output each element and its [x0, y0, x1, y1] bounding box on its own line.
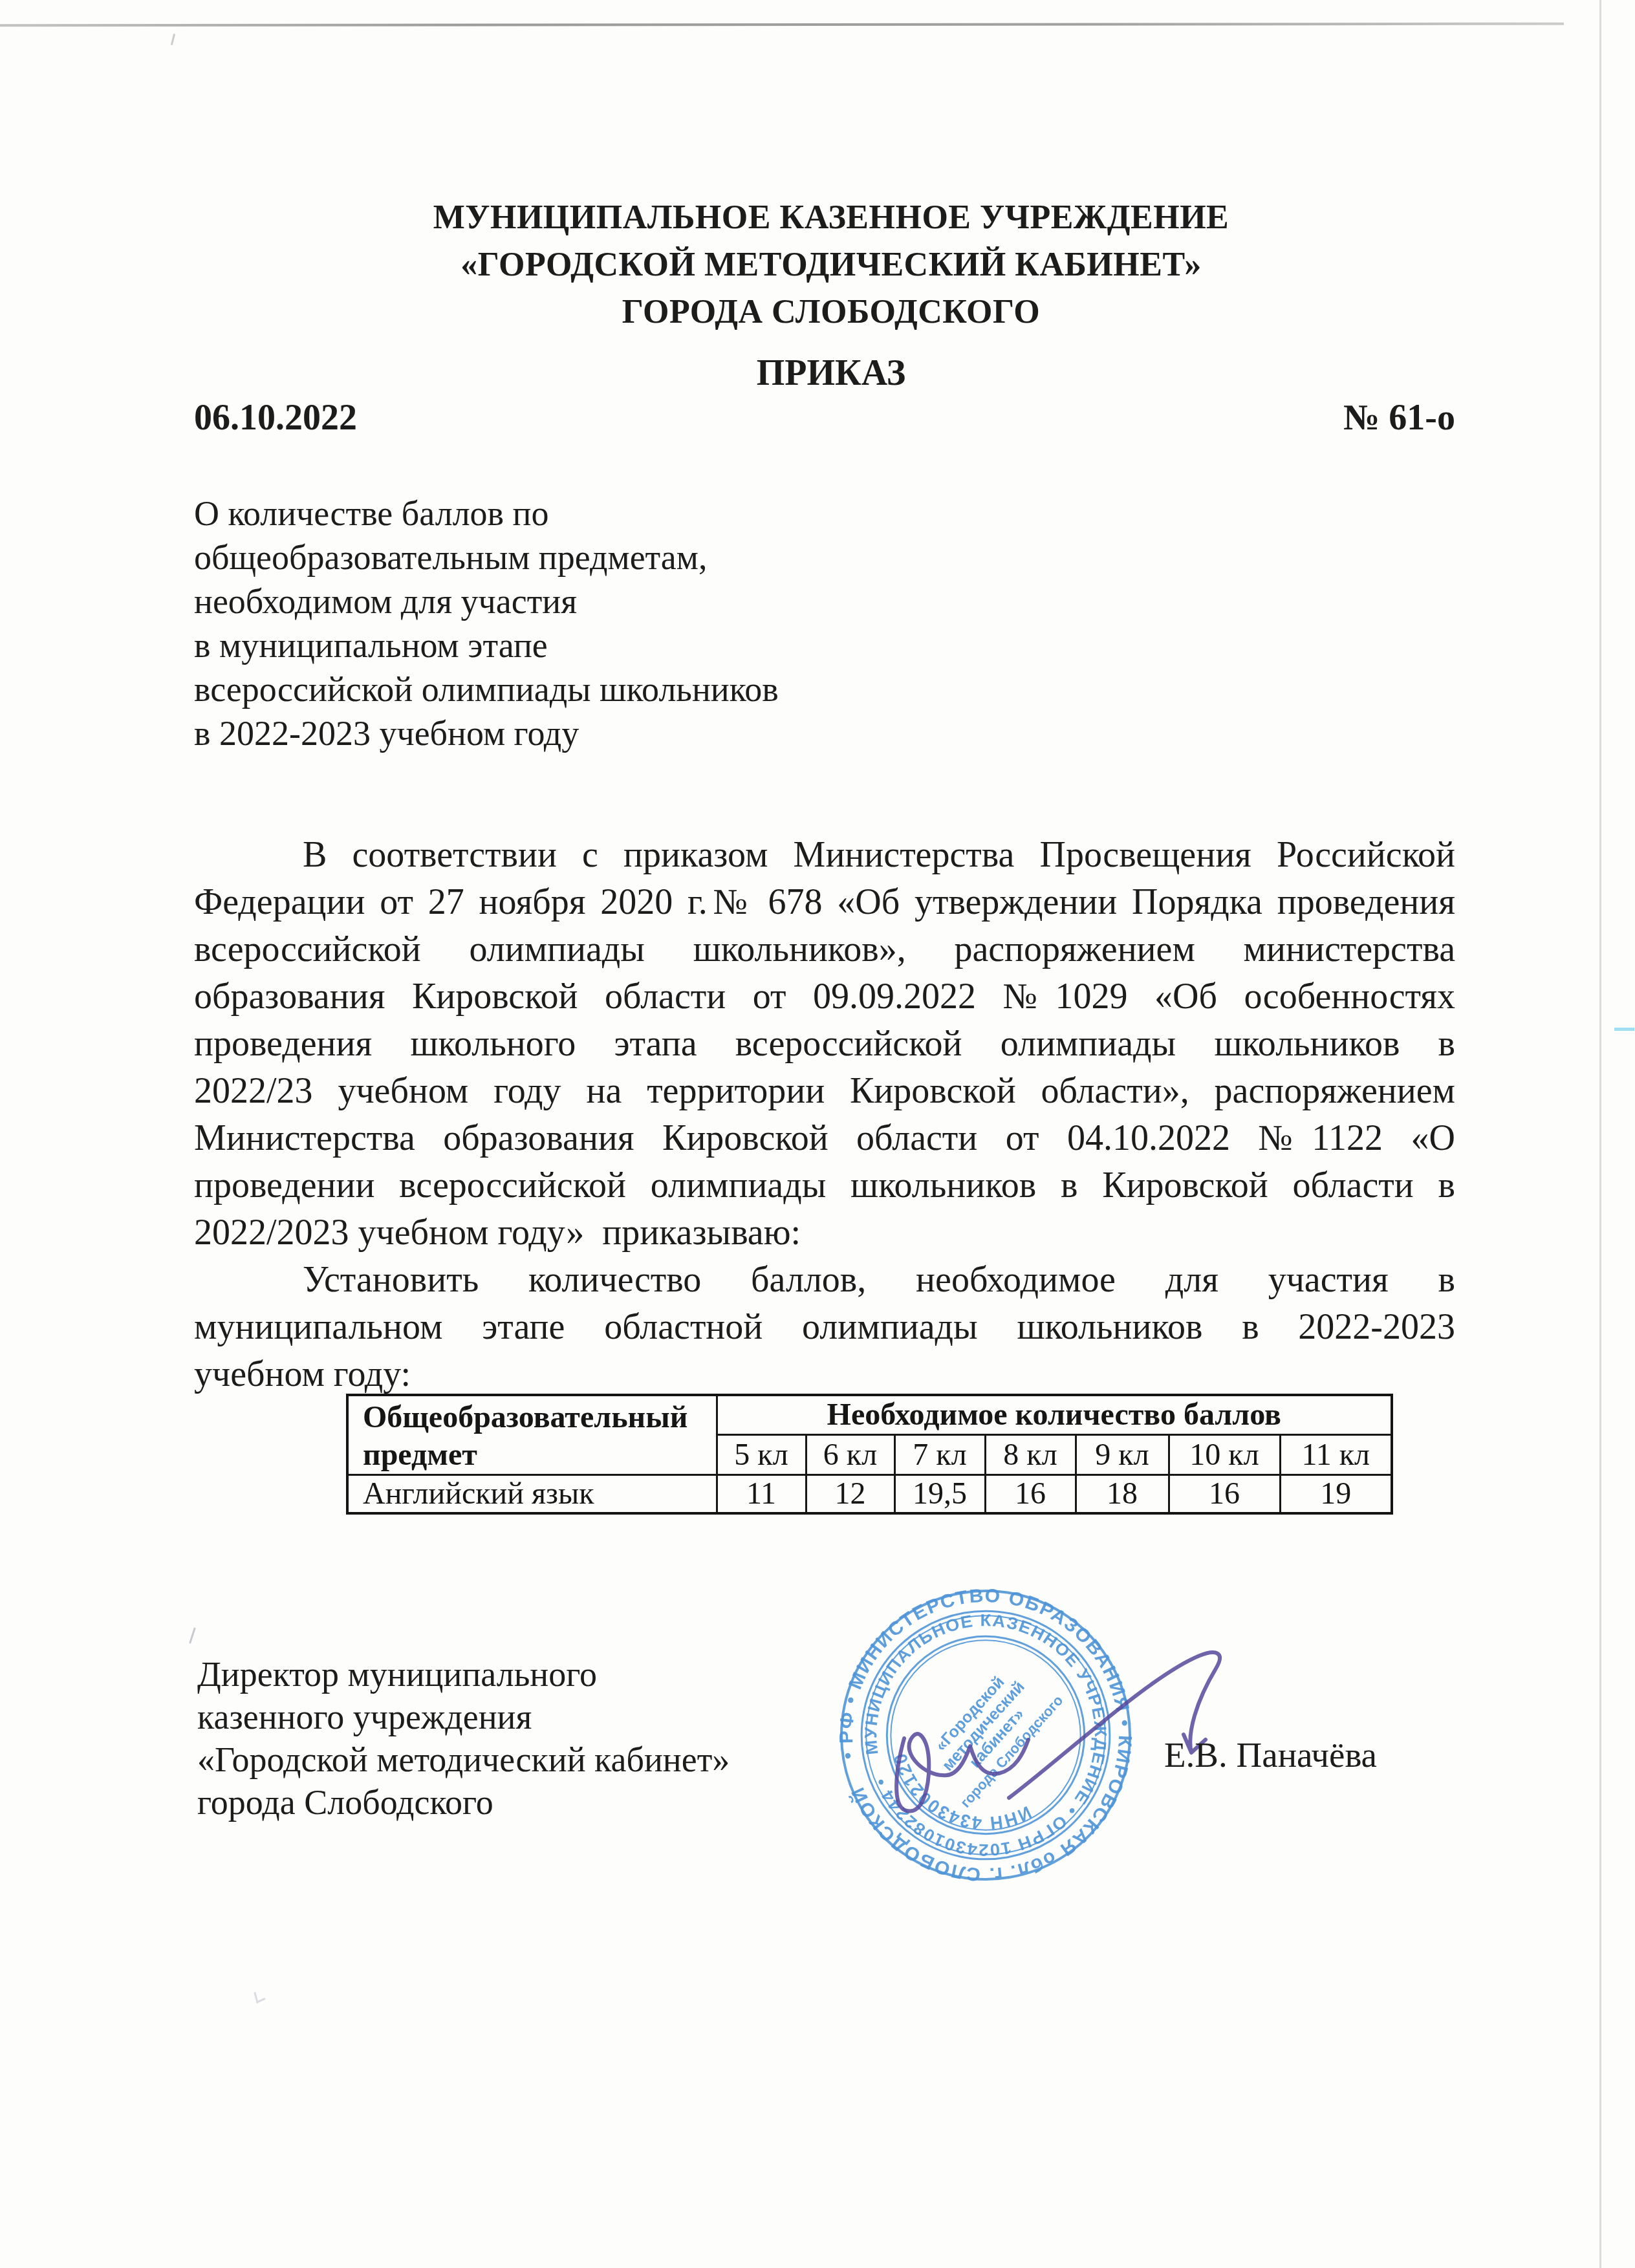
- table-header-row: Общеобразовательный предмет Необходимое …: [347, 1395, 1392, 1434]
- body-line: В соответствии с приказом Министерства П…: [194, 832, 1455, 879]
- table-span-header: Необходимое количество баллов: [717, 1395, 1392, 1434]
- organization-header: МУНИЦИПАЛЬНОЕ КАЗЕННОЕ УЧРЕЖДЕНИЕ «ГОРОД…: [194, 194, 1468, 336]
- class-header-cell: 6 кл: [806, 1434, 894, 1474]
- body-line: образования Кировской области от 09.09.2…: [194, 973, 1455, 1021]
- points-table: Общеобразовательный предмет Необходимое …: [346, 1394, 1393, 1515]
- org-line: ГОРОДА СЛОБОДСКОГО: [194, 288, 1468, 336]
- value-cell: 11: [717, 1475, 806, 1513]
- body-line: проведения школьного этапа всероссийской…: [194, 1021, 1455, 1068]
- subject-line: в муниципальном этапе: [194, 623, 970, 667]
- org-line: «ГОРОДСКОЙ МЕТОДИЧЕСКИЙ КАБИНЕТ»: [194, 241, 1468, 288]
- document-number: № 61-о: [1343, 397, 1455, 438]
- body-line: учебном году:: [194, 1351, 1455, 1398]
- table-subject-header: Общеобразовательный предмет: [347, 1395, 717, 1475]
- signature-stroke: [896, 1734, 943, 1811]
- table-data-row: Английский язык 11 12 19,5 16 18 16 19: [347, 1475, 1392, 1513]
- value-cell: 16: [985, 1475, 1076, 1513]
- subject-block: О количестве баллов по общеобразовательн…: [194, 491, 970, 755]
- signature-stroke: [1009, 1652, 1220, 1798]
- value-cell: 16: [1169, 1475, 1280, 1513]
- table-subject-header-line: предмет: [363, 1436, 716, 1474]
- class-header-cell: 7 кл: [894, 1434, 985, 1474]
- body-line: всероссийской олимпиады школьников», рас…: [194, 926, 1455, 973]
- body-line: муниципальном этапе областной олимпиады …: [194, 1304, 1455, 1351]
- class-header-cell: 11 кл: [1280, 1434, 1392, 1474]
- body-line: 2022/2023 учебном году» приказываю:: [194, 1209, 1455, 1257]
- scan-artifact-top-line: [0, 23, 1564, 27]
- body-line: Установить количество баллов, необходимо…: [194, 1257, 1455, 1304]
- value-cell: 19,5: [894, 1475, 985, 1513]
- body-text: В соответствии с приказом Министерства П…: [194, 832, 1455, 1398]
- subject-line: необходимом для участия: [194, 579, 970, 623]
- class-header-cell: 10 кл: [1169, 1434, 1280, 1474]
- pencil-mark: [254, 1989, 265, 2003]
- date-number-row: 06.10.2022 № 61-о: [194, 397, 1455, 438]
- document-date: 06.10.2022: [194, 397, 357, 438]
- value-cell: 12: [806, 1475, 894, 1513]
- scan-artifact-right-line: [1599, 0, 1601, 2268]
- body-line: Федерации от 27 ноября 2020 г.№ 678 «Об …: [194, 879, 1455, 926]
- signature-stroke: [943, 1740, 1028, 1775]
- body-line: Министерства образования Кировской облас…: [194, 1115, 1455, 1162]
- pencil-mark: [171, 34, 175, 45]
- signer-name: Е.В. Паначёва: [1164, 1734, 1377, 1775]
- class-header-cell: 9 кл: [1076, 1434, 1169, 1474]
- ink-signature: [860, 1623, 1274, 1837]
- table-subject-header-line: Общеобразовательный: [363, 1399, 716, 1436]
- class-header-cell: 8 кл: [985, 1434, 1076, 1474]
- subject-line: О количестве баллов по: [194, 491, 970, 535]
- body-line: 2022/23 учебном году на территории Киров…: [194, 1068, 1455, 1115]
- scan-artifact-cyan-dash: [1614, 1028, 1634, 1031]
- document-type-title: ПРИКАЗ: [194, 352, 1468, 394]
- value-cell: 19: [1280, 1475, 1392, 1513]
- body-line: проведении всероссийской олимпиады школь…: [194, 1162, 1455, 1209]
- document-page: МУНИЦИПАЛЬНОЕ КАЗЕННОЕ УЧРЕЖДЕНИЕ «ГОРОД…: [0, 0, 1635, 2268]
- subject-line: всероссийской олимпиады школьников: [194, 667, 970, 711]
- subject-line: общеобразовательным предметам,: [194, 535, 970, 579]
- org-line: МУНИЦИПАЛЬНОЕ КАЗЕННОЕ УЧРЕЖДЕНИЕ: [194, 194, 1468, 241]
- value-cell: 18: [1076, 1475, 1169, 1513]
- class-header-cell: 5 кл: [717, 1434, 806, 1474]
- subject-line: в 2022-2023 учебном году: [194, 711, 970, 755]
- subject-cell: Английский язык: [347, 1475, 717, 1513]
- pencil-mark: [189, 1627, 196, 1644]
